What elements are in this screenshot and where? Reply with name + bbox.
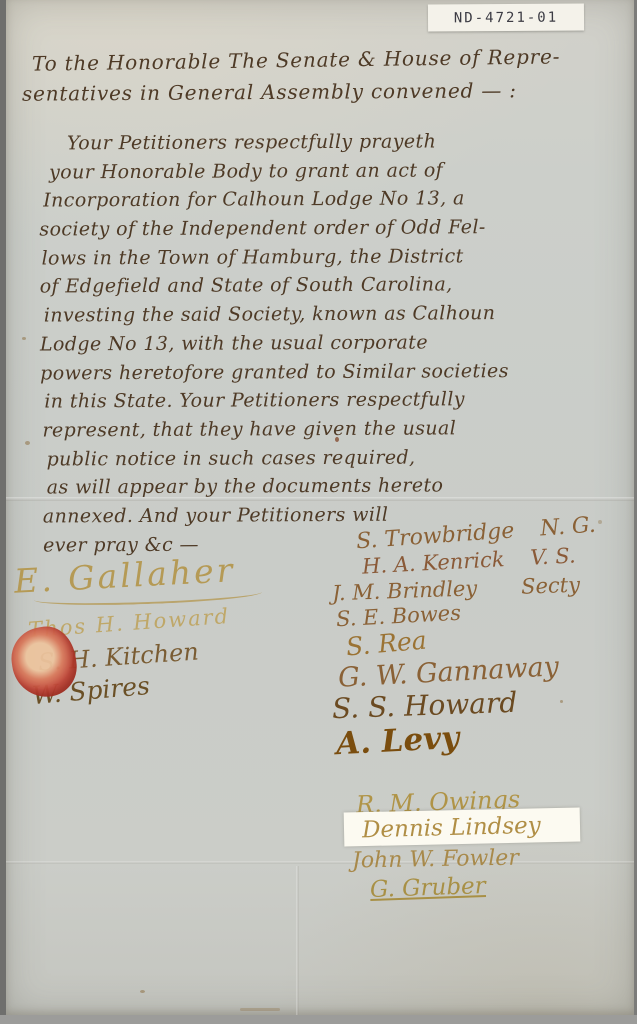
fold-crease-vertical (296, 866, 299, 1016)
photo-edge (0, 1015, 637, 1024)
stain-dot (25, 441, 30, 445)
stain-dot (560, 700, 563, 703)
body-line: Incorporation for Calhoun Lodge No 13, a (39, 187, 614, 219)
signature-fowler: John W. Fowler (352, 846, 519, 874)
body-line: public notice in such cases required, (41, 445, 616, 477)
body-line: of Edgefield and State of South Carolina… (40, 273, 615, 305)
body-line: Your Petitioners respectfully prayeth (39, 129, 614, 161)
stain-dot (140, 990, 145, 993)
body-line: lows in the Town of Hamburg, the Distric… (39, 244, 614, 276)
office-title: Secty (521, 573, 581, 599)
body-line: in this State. Your Petitioners respectf… (40, 388, 615, 420)
office-title: N. G. (539, 513, 596, 542)
document-photo: ND-4721-01 To the Honorable The Senate &… (0, 0, 637, 1024)
body-line: powers heretofore granted to Similar soc… (40, 359, 615, 391)
stain-dot (598, 520, 602, 524)
body-line: represent, that they have given the usua… (40, 416, 615, 448)
signature-levy: A. Levy (335, 720, 460, 762)
body-line: investing the said Society, known as Cal… (40, 302, 615, 334)
stain-dot (335, 437, 339, 442)
signature-dennis-lindsey-highlighted: Dennis Lindsey (362, 813, 541, 844)
petition-body: Your Petitioners respectfully prayeth yo… (39, 129, 616, 562)
fold-crease-horizontal (6, 861, 634, 864)
signature-howard: S. S. Howard (331, 686, 517, 725)
signature-gruber: G. Gruber (370, 873, 487, 903)
salutation-line: sentatives in General Assembly convened … (22, 78, 517, 105)
archive-label-text: ND-4721-01 (454, 9, 558, 26)
archive-label: ND-4721-01 (428, 3, 584, 31)
office-title: V. S. (530, 543, 576, 569)
body-line: as will appear by the documents hereto (41, 474, 616, 506)
body-line: society of the Independent order of Odd … (39, 216, 614, 248)
photo-edge (0, 0, 6, 1024)
stain-streak (240, 1008, 280, 1011)
body-line: your Honorable Body to grant an act of (39, 158, 614, 190)
body-line: Lodge No 13, with the usual corporate (40, 330, 615, 362)
stain-dot (22, 337, 26, 340)
